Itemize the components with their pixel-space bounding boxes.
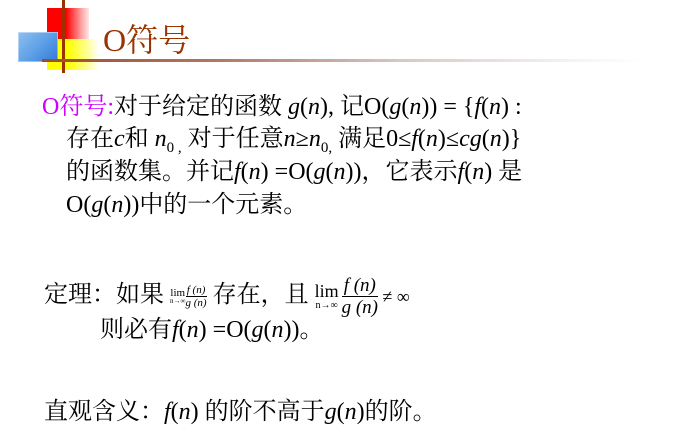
not-equal-infinity: ≠ ∞ (378, 287, 410, 307)
definition-line-4: O(g(n))中的一个元素。 (66, 190, 307, 220)
text: ))。 (284, 317, 324, 343)
slide-title: O符号 (103, 20, 190, 60)
math-var: n (472, 159, 484, 185)
fraction-numerator: f (n) (186, 284, 207, 296)
math-var: n (272, 317, 284, 343)
fraction-denominator: g (n) (342, 297, 378, 318)
math-var: g (470, 126, 482, 152)
math-var: f (164, 399, 171, 425)
text: ) : (501, 94, 522, 120)
theorem-line: 定理：如果 limn→∞f (n)g (n) 存在，且 limn→∞f (n)g… (44, 275, 410, 318)
text: )) = { (421, 94, 474, 120)
definition-term: O符号: (42, 94, 114, 120)
math-var: n (179, 399, 191, 425)
math-var: c (114, 126, 125, 152)
limit-expression-large: limn→∞ (315, 282, 339, 312)
text: ) 是 (484, 159, 522, 185)
text: ( (482, 126, 490, 152)
lim-subscript: n→∞ (170, 298, 186, 305)
text: )} (502, 126, 522, 152)
math-var: f (234, 159, 241, 185)
math-var: g (288, 94, 300, 120)
text: 对于任意 (182, 126, 284, 152)
math-var: n (309, 126, 321, 152)
text: 存在 (66, 126, 114, 152)
fraction-small: f (n)g (n) (186, 284, 207, 309)
definition-line-1: O符号:对于给定的函数 g(n), 记O(g(n)) = {f(n) : (42, 92, 522, 122)
text: )≤ (438, 126, 459, 152)
text: 则必有 (100, 317, 172, 343)
text: ( (418, 126, 426, 152)
text: 存在，且 (207, 282, 315, 308)
fraction-large: f (n)g (n) (342, 275, 378, 318)
decoration-blue-square (18, 32, 58, 62)
text: ( (464, 159, 472, 185)
text: ( (264, 317, 272, 343)
math-var: n (155, 126, 167, 152)
math-var: f (411, 126, 418, 152)
text: ) 的阶不高于 (191, 399, 325, 425)
math-var: n (334, 159, 346, 185)
decoration-vertical-rule (62, 0, 65, 73)
math-var: n (490, 126, 502, 152)
text: ( (171, 399, 179, 425)
limit-expression-small: limn→∞ (170, 288, 186, 305)
math-var: n (249, 159, 261, 185)
text: ≥ (296, 126, 309, 152)
text: ( (326, 159, 334, 185)
text: 和 (125, 126, 155, 152)
text: ))，它表示 (346, 159, 458, 185)
text: ( (179, 317, 187, 343)
math-var: g (91, 192, 103, 218)
text: )的阶。 (357, 399, 437, 425)
math-var: c (459, 126, 470, 152)
text: ( (241, 159, 249, 185)
math-var: g (325, 399, 337, 425)
subscript: 0, (321, 140, 332, 156)
text: O( (66, 192, 91, 218)
subscript: 0 , (167, 140, 182, 156)
text: 满足0≤ (332, 126, 411, 152)
math-var: n (187, 317, 199, 343)
fraction-denominator: g (n) (186, 297, 207, 309)
lim-subscript: n→∞ (315, 300, 339, 312)
intuition-line: 直观含义：f(n) 的阶不高于g(n)的阶。 (44, 397, 437, 427)
text: ( (481, 94, 489, 120)
text: ) =O( (199, 317, 252, 343)
text: ( (300, 94, 308, 120)
math-var: n (308, 94, 320, 120)
math-var: n (284, 126, 296, 152)
math-var: g (389, 94, 401, 120)
text: ), 记O( (320, 94, 389, 120)
lim-word: lim (315, 282, 339, 300)
fraction-numerator: f (n) (342, 275, 378, 296)
definition-line-2: 存在c和 n0 , 对于任意n≥n0, 满足0≤f(n)≤cg(n)} (66, 124, 521, 154)
math-var: n (489, 94, 501, 120)
math-var: g (252, 317, 264, 343)
math-var: n (345, 399, 357, 425)
math-var: n (426, 126, 438, 152)
text: ( (337, 399, 345, 425)
text: ))中的一个元素。 (123, 192, 307, 218)
math-var: n (111, 192, 123, 218)
math-var: g (314, 159, 326, 185)
math-var: f (172, 317, 179, 343)
theorem-label: 定理：如果 (44, 282, 170, 308)
intuition-label: 直观含义： (44, 399, 164, 425)
math-var: n (409, 94, 421, 120)
text: 对于给定的函数 (114, 94, 288, 120)
text: 的函数集。并记 (66, 159, 234, 185)
text: ) =O( (261, 159, 314, 185)
definition-line-3: 的函数集。并记f(n) =O(g(n))，它表示f(n) 是 (66, 157, 522, 187)
theorem-conclusion: 则必有f(n) =O(g(n))。 (100, 315, 324, 345)
